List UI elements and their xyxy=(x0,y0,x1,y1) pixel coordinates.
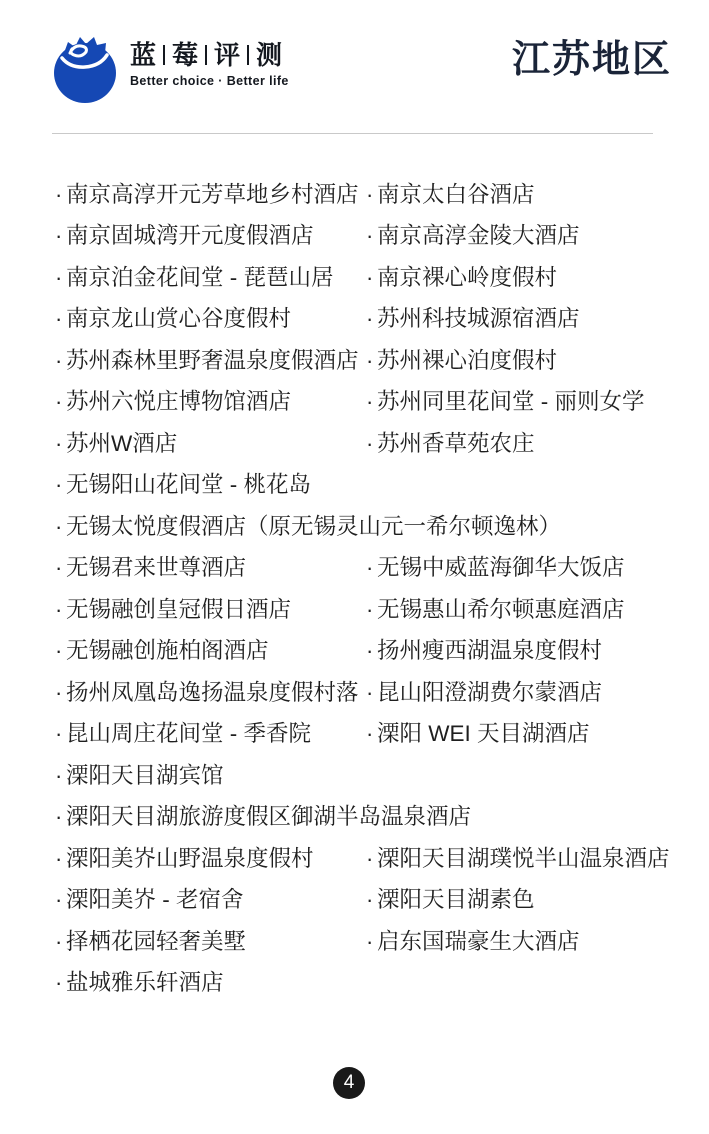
list-cell-right: · 南京裸心岭度假村 xyxy=(366,267,557,290)
bullet-icon: · xyxy=(55,474,66,496)
hotel-name: 苏州同里花间堂 - 丽则女学 xyxy=(377,391,645,414)
brand-logo: 蓝莓评测 Better choice · Better life xyxy=(48,31,289,105)
list-cell-right: · 昆山阳澄湖费尔蒙酒店 xyxy=(366,682,602,705)
list-cell-left: · 盐城雅乐轩酒店 xyxy=(55,972,366,995)
hotel-name: 扬州瘦西湖温泉度假村 xyxy=(377,640,602,663)
list-cell-right: · 无锡惠山希尔顿惠庭酒店 xyxy=(366,599,625,622)
bullet-icon: · xyxy=(55,640,66,662)
list-row: · 盐城雅乐轩酒店 xyxy=(55,963,673,1005)
list-cell-right: · 苏州科技城源宿酒店 xyxy=(366,308,580,331)
bullet-icon: · xyxy=(366,350,377,372)
list-cell-right: · 无锡中威蓝海御华大饭店 xyxy=(366,557,625,580)
hotel-name: 无锡中威蓝海御华大饭店 xyxy=(377,557,625,580)
bullet-icon: · xyxy=(55,848,66,870)
hotel-name: 无锡太悦度假酒店（原无锡灵山元一希尔顿逸林） xyxy=(66,516,561,539)
list-cell-right: · 苏州裸心泊度假村 xyxy=(366,350,557,373)
list-row: · 南京龙山赏心谷度假村 · 苏州科技城源宿酒店 xyxy=(55,299,673,341)
list-row: · 溧阳美岕山野温泉度假村 · 溧阳天目湖璞悦半山温泉酒店 xyxy=(55,838,673,880)
hotel-name: 溧阳天目湖宾馆 xyxy=(66,765,224,788)
hotel-name: 无锡融创皇冠假日酒店 xyxy=(66,599,291,622)
bullet-icon: · xyxy=(366,225,377,247)
hotel-name: 南京裸心岭度假村 xyxy=(377,267,557,290)
hotel-name: 溧阳 WEI 天目湖酒店 xyxy=(377,723,590,746)
wordmark-char: 蓝 xyxy=(130,42,156,68)
bullet-icon: · xyxy=(366,433,377,455)
list-cell-left: · 南京固城湾开元度假酒店 xyxy=(55,225,366,248)
bullet-icon: · xyxy=(55,225,66,247)
hotel-name: 溧阳美岕 - 老宿舍 xyxy=(66,889,244,912)
list-cell-left: · 苏州森林里野奢温泉度假酒店 xyxy=(55,350,366,373)
list-cell-left: · 无锡阳山花间堂 - 桃花岛 xyxy=(55,474,366,497)
brand-text-block: 蓝莓评测 Better choice · Better life xyxy=(130,42,289,88)
list-cell-right: · 南京高淳金陵大酒店 xyxy=(366,225,580,248)
list-cell-left: · 无锡君来世尊酒店 xyxy=(55,557,366,580)
list-row: · 苏州六悦庄博物馆酒店 · 苏州同里花间堂 - 丽则女学 xyxy=(55,382,673,424)
list-cell-left: · 无锡太悦度假酒店（原无锡灵山元一希尔顿逸林） xyxy=(55,516,561,539)
brand-wordmark: 蓝莓评测 xyxy=(130,42,289,68)
list-cell-left: · 无锡融创皇冠假日酒店 xyxy=(55,599,366,622)
hotel-name: 择栖花园轻奢美墅 xyxy=(66,931,246,954)
list-cell-left: · 溧阳天目湖宾馆 xyxy=(55,765,366,788)
hotel-name: 苏州科技城源宿酒店 xyxy=(377,308,580,331)
hotel-name: 溧阳天目湖璞悦半山温泉酒店 xyxy=(377,848,670,871)
bullet-icon: · xyxy=(55,433,66,455)
bullet-icon: · xyxy=(366,889,377,911)
list-row: · 南京固城湾开元度假酒店 · 南京高淳金陵大酒店 xyxy=(55,216,673,258)
list-cell-right: · 苏州同里花间堂 - 丽则女学 xyxy=(366,391,645,414)
hotel-name: 苏州森林里野奢温泉度假酒店 xyxy=(66,350,359,373)
document-page: 蓝莓评测 Better choice · Better life 江苏地区 · … xyxy=(0,0,709,1134)
hotel-name: 无锡君来世尊酒店 xyxy=(66,557,246,580)
hotel-name: 南京龙山赏心谷度假村 xyxy=(66,308,291,331)
bullet-icon: · xyxy=(55,516,66,538)
bullet-icon: · xyxy=(55,972,66,994)
bullet-icon: · xyxy=(366,391,377,413)
hotel-name: 启东国瑞豪生大酒店 xyxy=(377,931,580,954)
bullet-icon: · xyxy=(55,723,66,745)
list-row: · 择栖花园轻奢美墅 · 启东国瑞豪生大酒店 xyxy=(55,921,673,963)
bullet-icon: · xyxy=(366,931,377,953)
list-row: · 苏州W酒店 · 苏州香草苑农庄 xyxy=(55,423,673,465)
list-row: · 无锡阳山花间堂 - 桃花岛 xyxy=(55,465,673,507)
list-row: · 无锡融创施柏阁酒店 · 扬州瘦西湖温泉度假村 xyxy=(55,631,673,673)
list-row: · 无锡太悦度假酒店（原无锡灵山元一希尔顿逸林） xyxy=(55,506,673,548)
hotel-name: 盐城雅乐轩酒店 xyxy=(66,972,224,995)
bullet-icon: · xyxy=(366,723,377,745)
wordmark-char: 评 xyxy=(214,42,240,68)
hotel-name: 苏州裸心泊度假村 xyxy=(377,350,557,373)
bullet-icon: · xyxy=(55,391,66,413)
bullet-icon: · xyxy=(366,184,377,206)
list-row: · 南京泊金花间堂 - 琵琶山居 · 南京裸心岭度假村 xyxy=(55,257,673,299)
hotel-name: 扬州凤凰岛逸扬温泉度假村落 xyxy=(66,682,359,705)
hotel-name: 南京泊金花间堂 - 琵琶山居 xyxy=(66,267,334,290)
list-cell-left: · 苏州六悦庄博物馆酒店 xyxy=(55,391,366,414)
bullet-icon: · xyxy=(55,931,66,953)
hotel-name: 南京高淳开元芳草地乡村酒店 xyxy=(66,184,359,207)
bullet-icon: · xyxy=(55,267,66,289)
bullet-icon: · xyxy=(55,350,66,372)
list-row: · 无锡融创皇冠假日酒店 · 无锡惠山希尔顿惠庭酒店 xyxy=(55,589,673,631)
hotel-name: 无锡融创施柏阁酒店 xyxy=(66,640,269,663)
hotel-name: 苏州W酒店 xyxy=(66,433,177,456)
list-cell-left: · 昆山周庄花间堂 - 季香院 xyxy=(55,723,366,746)
wordmark-char: 莓 xyxy=(172,42,198,68)
bullet-icon: · xyxy=(55,765,66,787)
list-cell-left: · 择栖花园轻奢美墅 xyxy=(55,931,366,954)
hotel-name: 昆山周庄花间堂 - 季香院 xyxy=(66,723,311,746)
list-cell-left: · 溧阳美岕 - 老宿舍 xyxy=(55,889,366,912)
list-row: · 昆山周庄花间堂 - 季香院 · 溧阳 WEI 天目湖酒店 xyxy=(55,714,673,756)
hotel-list: · 南京高淳开元芳草地乡村酒店 · 南京太白谷酒店 · 南京固城湾开元度假酒店 … xyxy=(55,174,673,1004)
bullet-icon: · xyxy=(366,682,377,704)
bullet-icon: · xyxy=(366,557,377,579)
bullet-icon: · xyxy=(55,184,66,206)
wordmark-separator xyxy=(247,45,249,65)
list-cell-left: · 苏州W酒店 xyxy=(55,433,366,456)
bullet-icon: · xyxy=(55,599,66,621)
wordmark-separator xyxy=(205,45,207,65)
page-title: 江苏地区 xyxy=(512,38,672,84)
page-number-text: 4 xyxy=(344,1072,355,1094)
hotel-name: 苏州香草苑农庄 xyxy=(377,433,535,456)
list-cell-right: · 南京太白谷酒店 xyxy=(366,184,535,207)
hotel-name: 无锡阳山花间堂 - 桃花岛 xyxy=(66,474,311,497)
bullet-icon: · xyxy=(366,640,377,662)
hotel-name: 苏州六悦庄博物馆酒店 xyxy=(66,391,291,414)
bullet-icon: · xyxy=(55,308,66,330)
wordmark-separator xyxy=(163,45,165,65)
list-row: · 溧阳天目湖旅游度假区御湖半岛温泉酒店 xyxy=(55,797,673,839)
bullet-icon: · xyxy=(366,848,377,870)
bullet-icon: · xyxy=(55,806,66,828)
hotel-name: 溧阳天目湖旅游度假区御湖半岛温泉酒店 xyxy=(66,806,471,829)
hotel-name: 溧阳美岕山野温泉度假村 xyxy=(66,848,314,871)
list-cell-left: · 无锡融创施柏阁酒店 xyxy=(55,640,366,663)
hotel-name: 昆山阳澄湖费尔蒙酒店 xyxy=(377,682,602,705)
brand-tagline: Better choice · Better life xyxy=(130,74,289,88)
list-cell-left: · 南京龙山赏心谷度假村 xyxy=(55,308,366,331)
list-cell-right: · 启东国瑞豪生大酒店 xyxy=(366,931,580,954)
page-number-badge: 4 xyxy=(333,1067,365,1099)
list-row: · 无锡君来世尊酒店 · 无锡中威蓝海御华大饭店 xyxy=(55,548,673,590)
list-row: · 溧阳美岕 - 老宿舍 · 溧阳天目湖素色 xyxy=(55,880,673,922)
list-cell-right: · 苏州香草苑农庄 xyxy=(366,433,535,456)
list-cell-left: · 南京泊金花间堂 - 琵琶山居 xyxy=(55,267,366,290)
bullet-icon: · xyxy=(366,308,377,330)
list-cell-left: · 南京高淳开元芳草地乡村酒店 xyxy=(55,184,366,207)
hotel-name: 南京固城湾开元度假酒店 xyxy=(66,225,314,248)
list-cell-right: · 溧阳 WEI 天目湖酒店 xyxy=(366,723,590,746)
list-cell-left: · 溧阳美岕山野温泉度假村 xyxy=(55,848,366,871)
list-cell-right: · 扬州瘦西湖温泉度假村 xyxy=(366,640,602,663)
header-divider xyxy=(52,133,653,134)
hotel-name: 南京太白谷酒店 xyxy=(377,184,535,207)
list-cell-right: · 溧阳天目湖璞悦半山温泉酒店 xyxy=(366,848,670,871)
hotel-name: 南京高淳金陵大酒店 xyxy=(377,225,580,248)
list-row: · 扬州凤凰岛逸扬温泉度假村落 · 昆山阳澄湖费尔蒙酒店 xyxy=(55,672,673,714)
hotel-name: 溧阳天目湖素色 xyxy=(377,889,535,912)
blueberry-icon xyxy=(48,31,122,105)
bullet-icon: · xyxy=(55,557,66,579)
bullet-icon: · xyxy=(366,267,377,289)
list-row: · 溧阳天目湖宾馆 xyxy=(55,755,673,797)
bullet-icon: · xyxy=(55,889,66,911)
wordmark-char: 测 xyxy=(256,42,282,68)
bullet-icon: · xyxy=(366,599,377,621)
list-row: · 苏州森林里野奢温泉度假酒店 · 苏州裸心泊度假村 xyxy=(55,340,673,382)
list-cell-left: · 溧阳天目湖旅游度假区御湖半岛温泉酒店 xyxy=(55,806,471,829)
bullet-icon: · xyxy=(55,682,66,704)
list-cell-right: · 溧阳天目湖素色 xyxy=(366,889,535,912)
list-cell-left: · 扬州凤凰岛逸扬温泉度假村落 xyxy=(55,682,366,705)
list-row: · 南京高淳开元芳草地乡村酒店 · 南京太白谷酒店 xyxy=(55,174,673,216)
hotel-name: 无锡惠山希尔顿惠庭酒店 xyxy=(377,599,625,622)
